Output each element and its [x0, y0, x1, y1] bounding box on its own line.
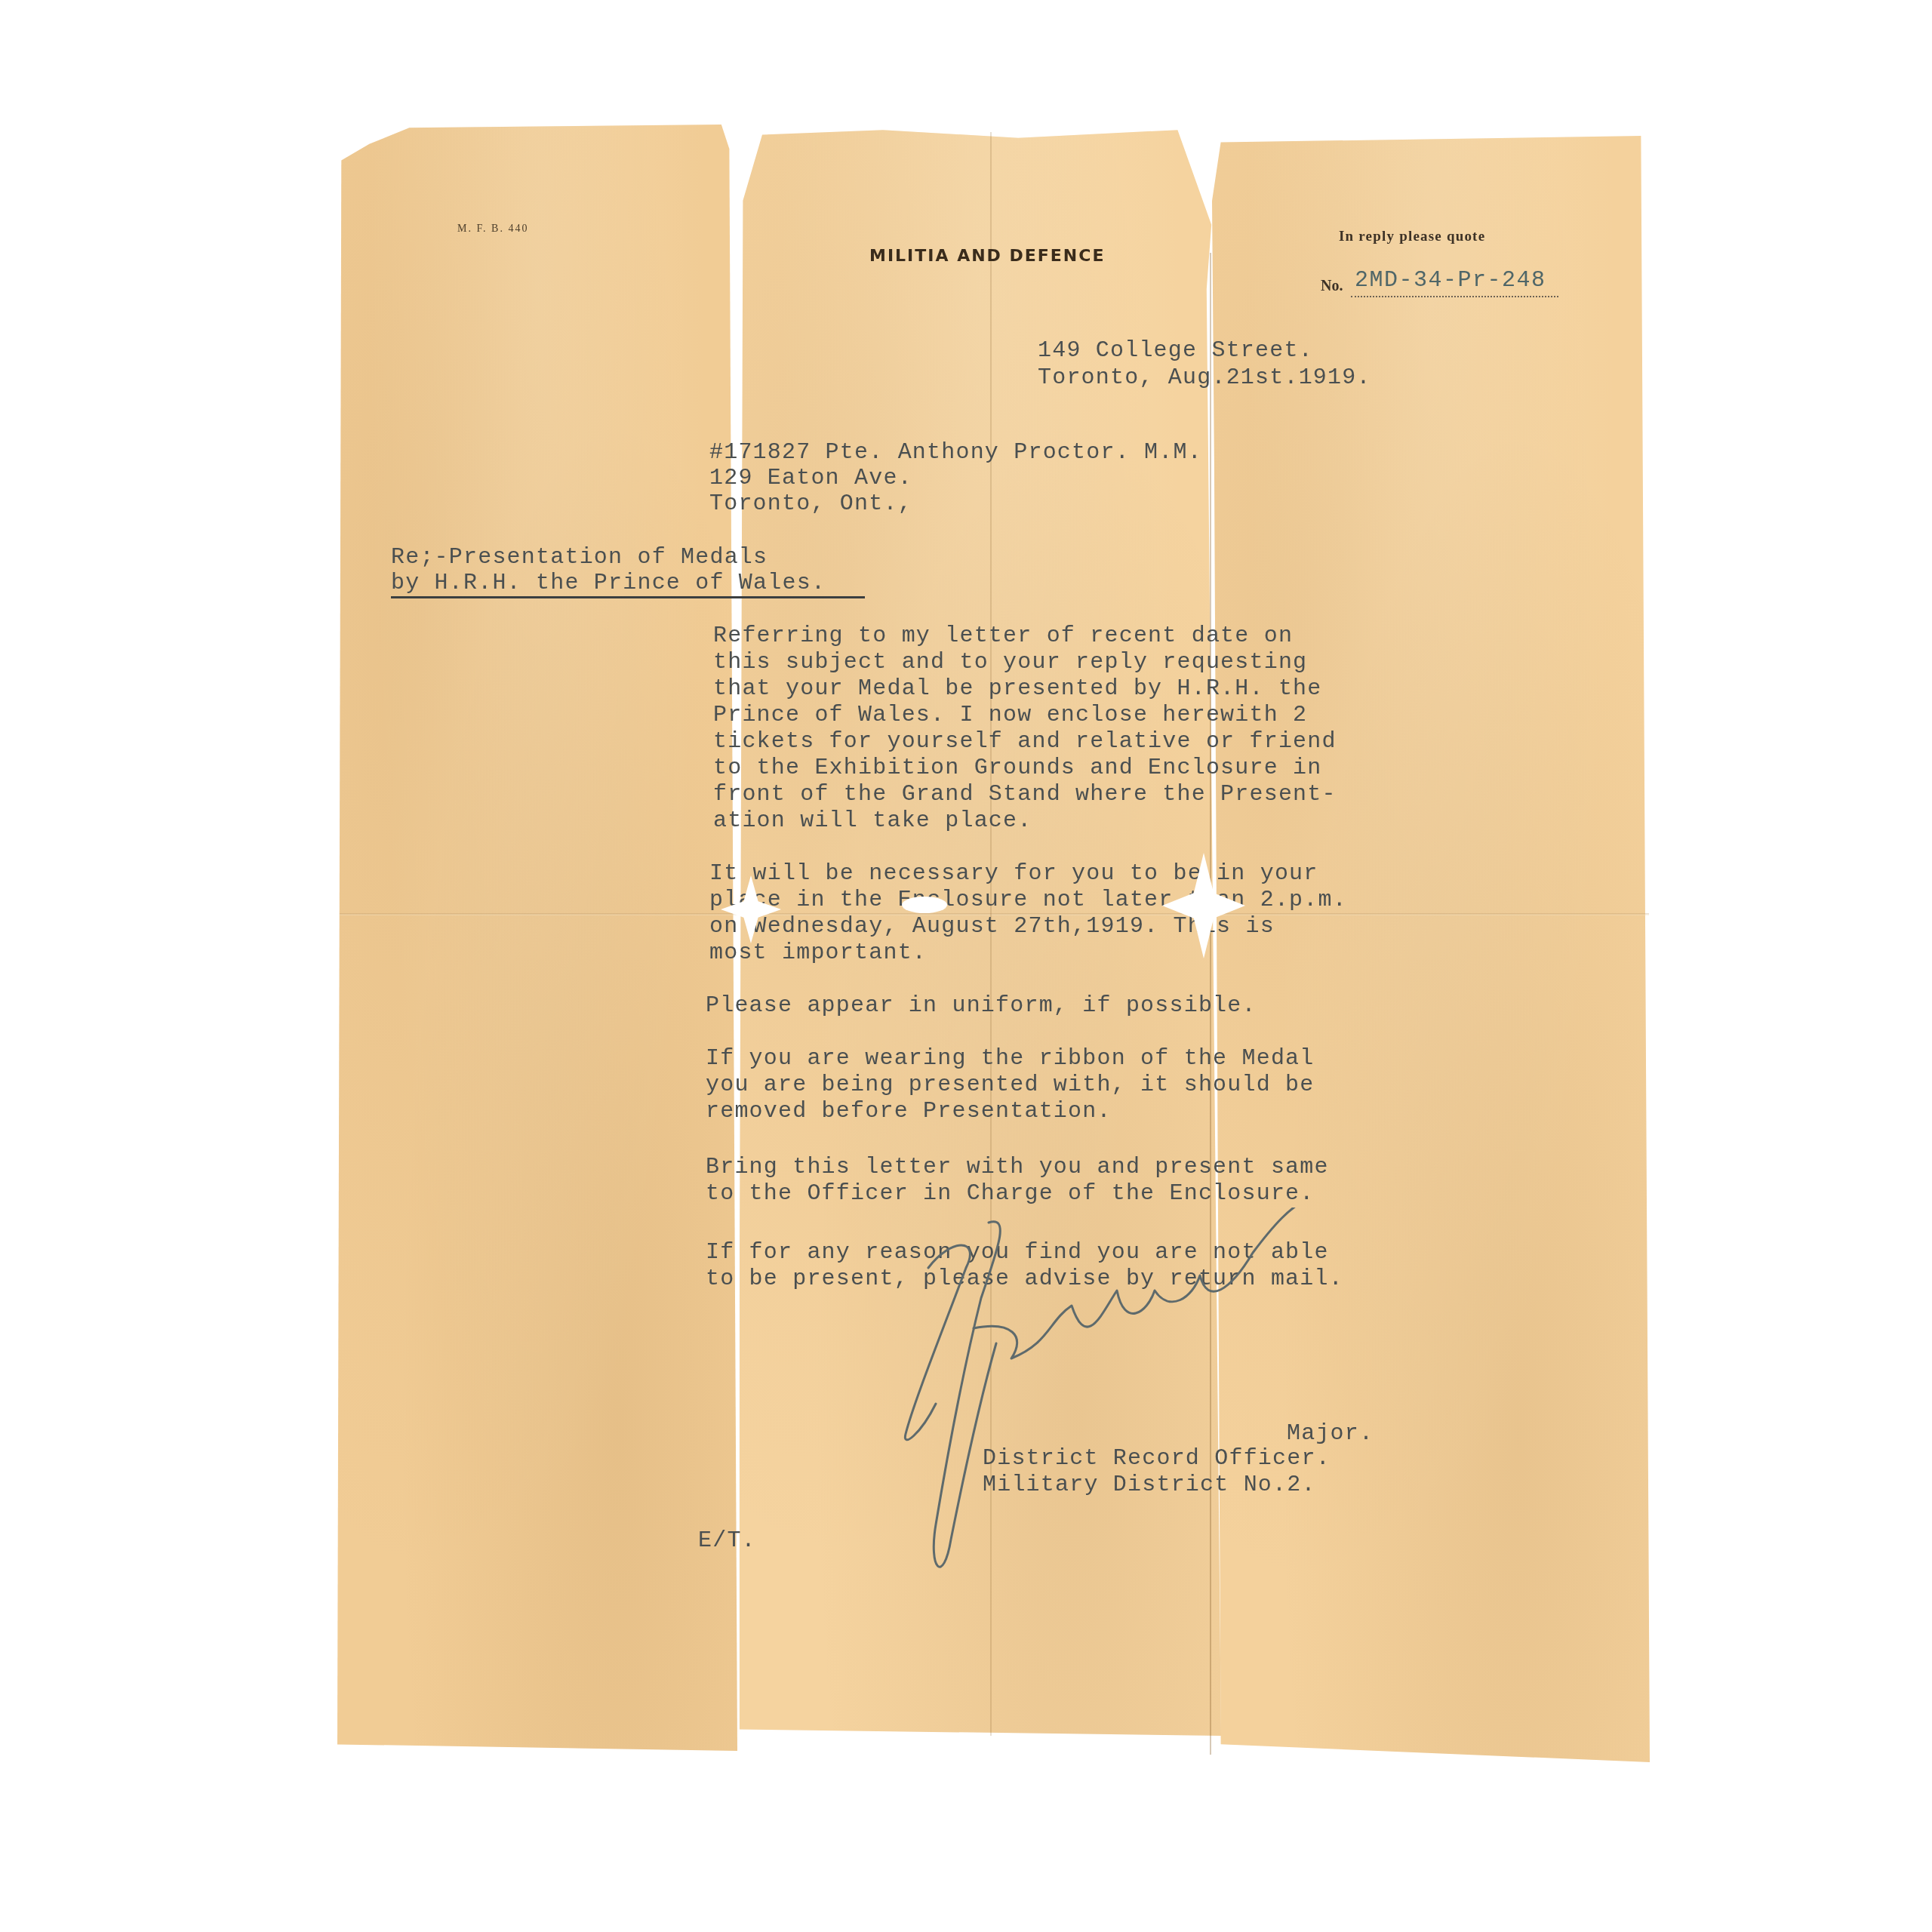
signer-rank: Major.	[1287, 1421, 1374, 1447]
sender-date-line: Toronto, Aug.21st.1919.	[1038, 365, 1371, 392]
body-line: Prince of Wales. I now enclose herewith …	[713, 703, 1307, 729]
body-line: Referring to my letter of recent date on	[713, 623, 1293, 650]
typist-initials: E/T.	[698, 1528, 756, 1555]
body-line: to the Exhibition Grounds and Enclosure …	[713, 755, 1322, 782]
signer-title: District Record Officer.	[983, 1446, 1331, 1472]
form-number: M. F. B. 440	[457, 223, 528, 235]
body-line: Please appear in uniform, if possible.	[706, 993, 1257, 1020]
recipient-city: Toronto, Ont.,	[709, 491, 912, 518]
body-line: If you are wearing the ribbon of the Med…	[706, 1046, 1315, 1072]
body-line: to the Officer in Charge of the Enclosur…	[706, 1181, 1315, 1207]
body-line: front of the Grand Stand where the Prese…	[713, 782, 1337, 808]
recipient-name: #171827 Pte. Anthony Proctor. M.M.	[709, 440, 1202, 466]
subject-line-1: Re;-Presentation of Medals	[391, 545, 768, 571]
body-line: that your Medal be presented by H.R.H. t…	[713, 676, 1322, 703]
body-line: tickets for yourself and relative or fri…	[713, 729, 1337, 755]
signature	[898, 1207, 1321, 1600]
body-line: place in the Enclosure not later than 2.…	[709, 888, 1347, 914]
reference-label: No.	[1321, 278, 1343, 295]
reference-number: 2MD-34-Pr-248	[1355, 268, 1546, 294]
recipient-street: 129 Eaton Ave.	[709, 466, 912, 492]
body-line: this subject and to your reply requestin…	[713, 650, 1307, 676]
body-line: on Wednesday, August 27th,1919. This is	[709, 914, 1275, 940]
body-line: most important.	[709, 940, 927, 967]
reference-dotted-line	[1351, 296, 1558, 297]
subject-underline	[391, 596, 865, 598]
paper-hole	[902, 897, 947, 913]
sender-address-line: 149 College Street.	[1038, 338, 1313, 365]
body-line: removed before Presentation.	[706, 1099, 1112, 1125]
body-line: you are being presented with, it should …	[706, 1072, 1315, 1099]
paper-panel-left	[337, 125, 737, 1751]
letterhead-title: MILITIA AND DEFENCE	[869, 247, 1105, 266]
reply-label: In reply please quote	[1339, 229, 1485, 245]
body-line: ation will take place.	[713, 808, 1032, 835]
subject-line-2: by H.R.H. the Prince of Wales.	[391, 571, 826, 597]
body-line: Bring this letter with you and present s…	[706, 1155, 1329, 1181]
signer-district: Military District No.2.	[983, 1472, 1316, 1499]
body-line: It will be necessary for you to be in yo…	[709, 861, 1318, 888]
